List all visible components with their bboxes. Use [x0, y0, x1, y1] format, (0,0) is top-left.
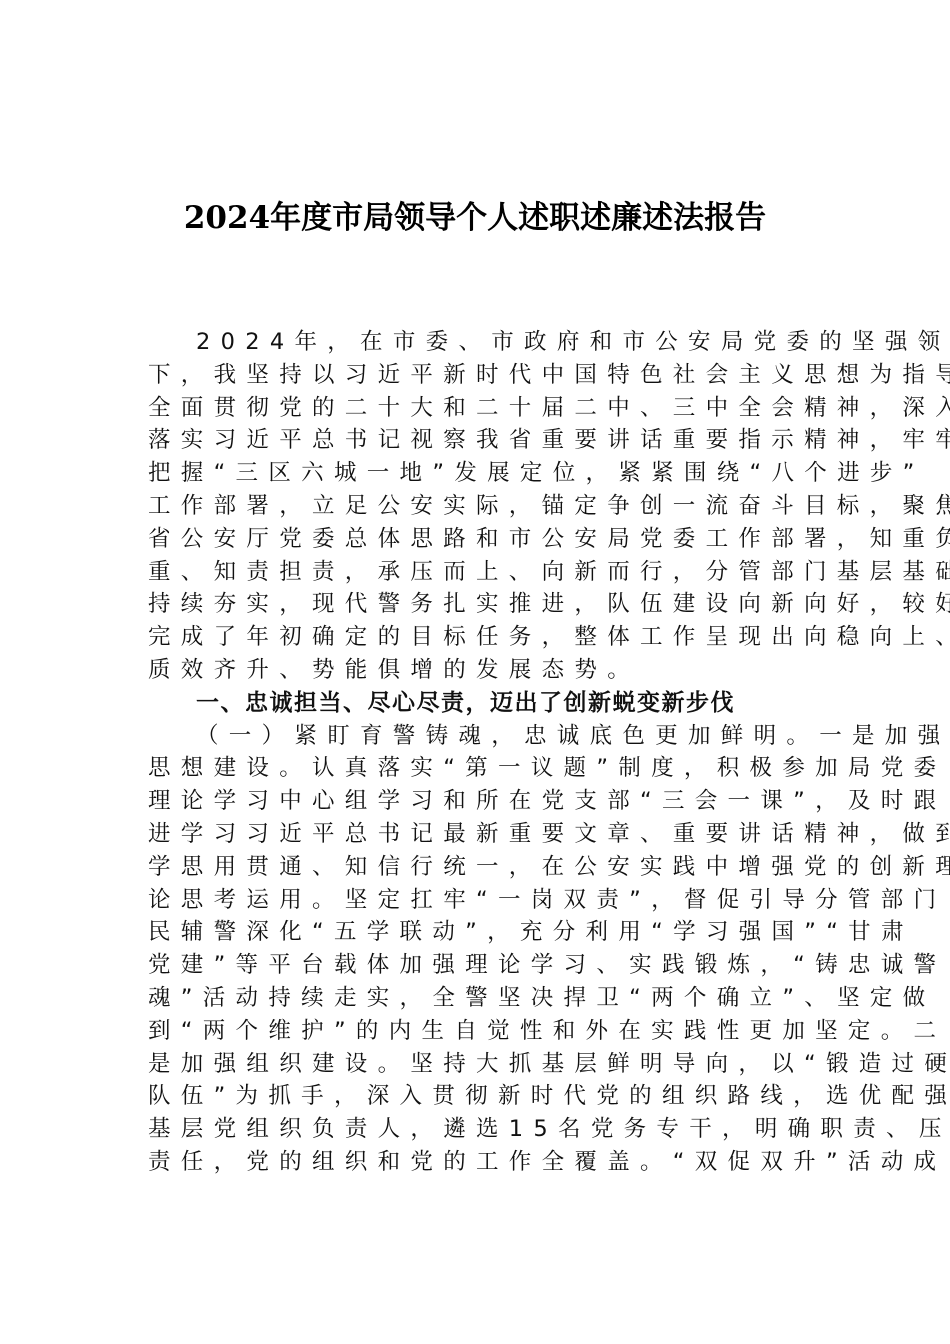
paragraph-line: 基层党组织负责人，遴选15名党务专干，明确职责、压实 — [148, 1113, 808, 1146]
paragraph-line: 下，我坚持以习近平新时代中国特色社会主义思想为指导 — [148, 359, 808, 392]
paragraph-line: 2024年，在市委、市政府和市公安局党委的坚强领导 — [148, 326, 808, 359]
paragraph-line: 落实习近平总书记视察我省重要讲话重要指示精神，牢牢 — [148, 424, 808, 457]
paragraph-line: 队伍”为抓手，深入贯彻新时代党的组织路线，选优配强 — [148, 1080, 808, 1113]
paragraph-line: 理论学习中心组学习和所在党支部“三会一课”，及时跟 — [148, 785, 808, 818]
paragraph-line: 省公安厅党委总体思路和市公安局党委工作部署，知重负 — [148, 523, 808, 556]
paragraph-line: 到“两个维护”的内生自觉性和外在实践性更加坚定。二 — [148, 1015, 808, 1048]
paragraph-line: 是加强组织建设。坚持大抓基层鲜明导向，以“锻造过硬 — [148, 1048, 808, 1081]
paragraph-line: 党建”等平台载体加强理论学习、实践锻炼，“铸忠诚警 — [148, 949, 808, 982]
paragraph-line: 学思用贯通、知信行统一，在公安实践中增强党的创新理 — [148, 851, 808, 884]
paragraph-line: 进学习习近平总书记最新重要文章、重要讲话精神，做到 — [148, 818, 808, 851]
paragraph-line: 质效齐升、势能俱增的发展态势。 — [148, 654, 808, 687]
paragraph-line: 魂”活动持续走实，全警坚决捍卫“两个确立”、坚定做 — [148, 982, 808, 1015]
paragraph-line: 责任，党的组织和党的工作全覆盖。“双促双升”活动成 — [148, 1146, 808, 1179]
paragraph-line: 把握“三区六城一地”发展定位，紧紧围绕“八个进步” — [148, 457, 808, 490]
document-title: 2024年度市局领导个人述职述廉述法报告 — [0, 198, 950, 238]
section-heading: 一、忠诚担当、尽心尽责，迈出了创新蜕变新步伐 — [148, 687, 808, 720]
document-body: 2024年，在市委、市政府和市公安局党委的坚强领导 下，我坚持以习近平新时代中国… — [148, 326, 808, 1179]
paragraph-line: 工作部署，立足公安实际，锚定争创一流奋斗目标，聚焦 — [148, 490, 808, 523]
paragraph-line: 全面贯彻党的二十大和二十届二中、三中全会精神，深入 — [148, 392, 808, 425]
paragraph-line: 思想建设。认真落实“第一议题”制度，积极参加局党委 — [148, 752, 808, 785]
paragraph-line: 重、知责担责，承压而上、向新而行，分管部门基层基础 — [148, 556, 808, 589]
paragraph-line: 完成了年初确定的目标任务，整体工作呈现出向稳向上、 — [148, 621, 808, 654]
document-page: 2024年度市局领导个人述职述廉述法报告 2024年，在市委、市政府和市公安局党… — [0, 0, 950, 1344]
paragraph-line: 民辅警深化“五学联动”，充分利用“学习强国”“甘肃 — [148, 916, 808, 949]
paragraph-line: 论思考运用。坚定扛牢“一岗双责”，督促引导分管部门 — [148, 884, 808, 917]
paragraph-line: （一）紧盯育警铸魂，忠诚底色更加鲜明。一是加强 — [148, 720, 808, 753]
paragraph-line: 持续夯实，现代警务扎实推进，队伍建设向新向好，较好 — [148, 588, 808, 621]
